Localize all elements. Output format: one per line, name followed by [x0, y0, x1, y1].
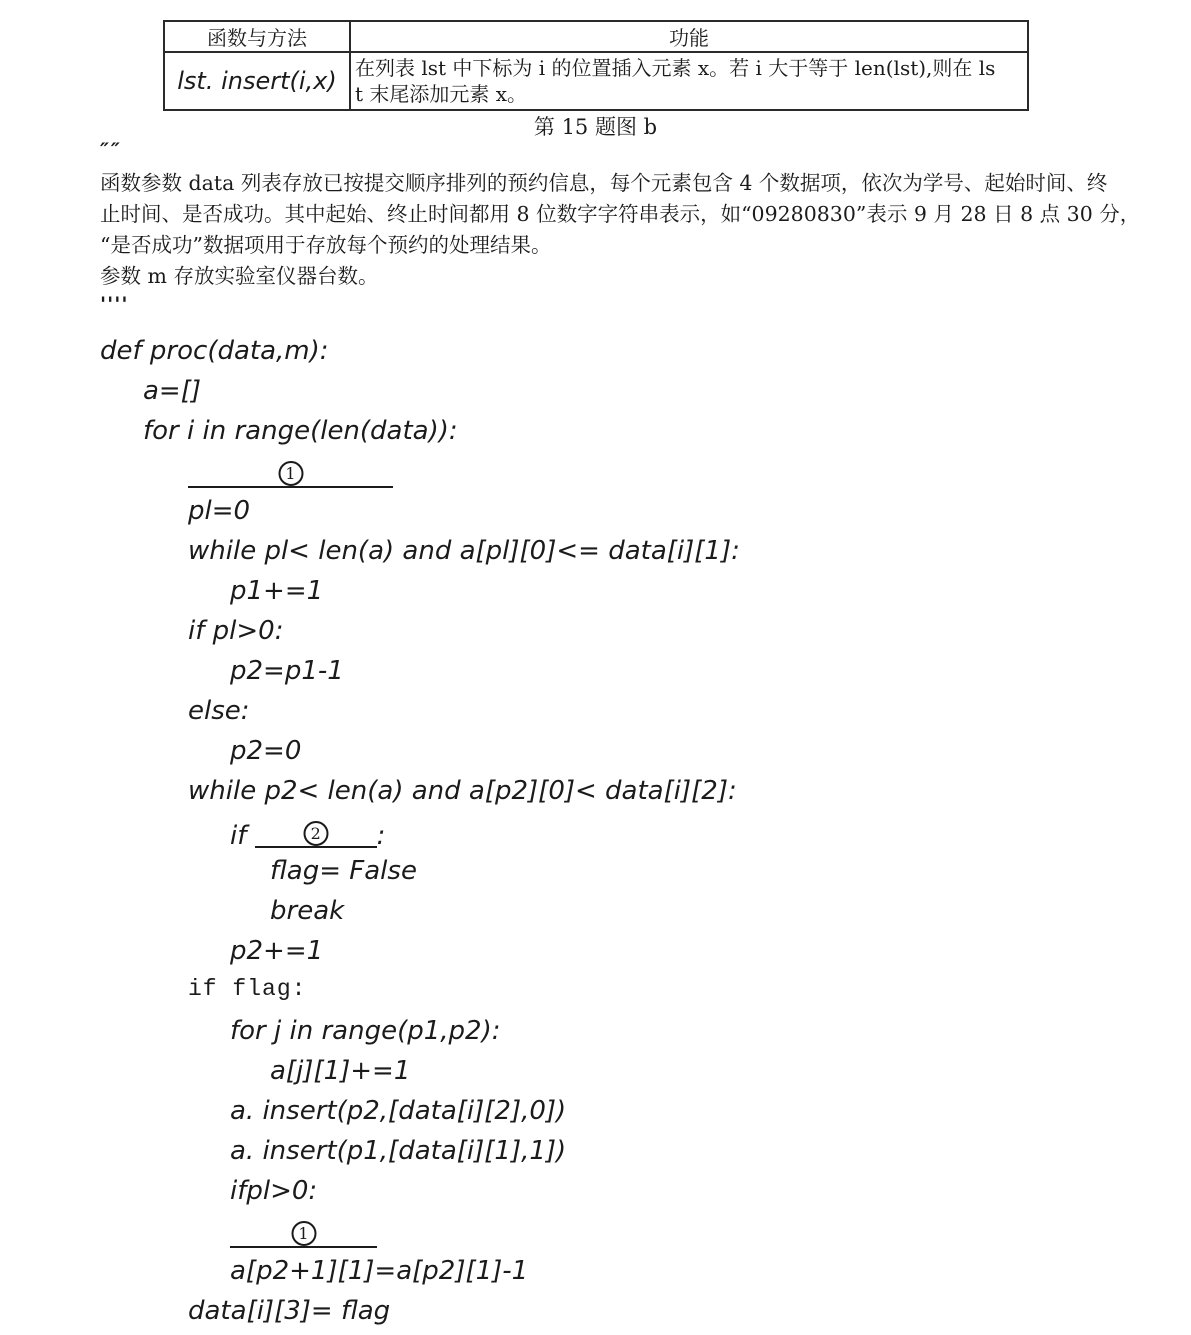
method-table-wrap: 函数与方法 功能 lst. insert(i,x) 在列表 lst 中下标为 i… [163, 20, 1029, 111]
code-line: while p2< len(a) and a[p2][0]< data[i][2… [0, 776, 1191, 816]
code-text: p2=0 [230, 736, 301, 766]
code-text: if flag: [188, 976, 306, 1002]
code-text: pl=0 [188, 496, 250, 526]
code-block: def proc(data,m):a=[]for i in range(len(… [0, 336, 1191, 1335]
code-line: ifpl>0: [0, 1176, 1191, 1216]
code-text: : [377, 821, 386, 851]
code-line: for i in range(len(data)): [0, 416, 1191, 456]
code-line: break [0, 896, 1191, 936]
method-name-cell: lst. insert(i,x) [164, 52, 350, 110]
code-text: a[j][1]+=1 [270, 1056, 410, 1086]
table-header-function: 功能 [350, 21, 1028, 52]
code-text: a=[] [143, 376, 201, 406]
code-text: def proc(data,m): [100, 336, 329, 366]
code-text: for i in range(len(data)): [143, 416, 458, 446]
code-line: flag= False [0, 856, 1191, 896]
docstring-close-quotes: '''' [100, 292, 129, 316]
code-line: else: [0, 696, 1191, 736]
code-line: a[j][1]+=1 [0, 1056, 1191, 1096]
code-line: p1+=1 [0, 576, 1191, 616]
code-line: a=[] [0, 376, 1191, 416]
code-text: p2=p1-1 [230, 656, 344, 686]
code-text: if pl>0: [188, 616, 283, 646]
method-desc-line-2: t 末尾添加元素 x。 [355, 81, 1025, 107]
code-text: ifpl>0: [230, 1176, 317, 1206]
table-header-row: 函数与方法 功能 [164, 21, 1028, 52]
code-text: while p2< len(a) and a[p2][0]< data[i][2… [188, 776, 737, 806]
code-text: a[p2+1][1]=a[p2][1]-1 [230, 1256, 528, 1286]
docstring-open-quotes: ″″ [100, 138, 122, 162]
circled-number: 1 [291, 1221, 316, 1246]
code-text: a. insert(p1,[data[i][1],1]) [230, 1136, 566, 1166]
description-paragraph: 函数参数 data 列表存放已按提交顺序排列的预约信息，每个元素包含 4 个数据… [100, 168, 1191, 292]
code-line: a[p2+1][1]=a[p2][1]-1 [0, 1256, 1191, 1296]
code-text: for j in range(p1,p2): [230, 1016, 500, 1046]
table-row: lst. insert(i,x) 在列表 lst 中下标为 i 的位置插入元素 … [164, 52, 1028, 110]
code-text: if [230, 821, 255, 851]
document-page: { "colors": { "ink": "#1b1b1b", "backgro… [0, 0, 1191, 1335]
description-line-2: 止时间、是否成功。其中起始、终止时间都用 8 位数字字符串表示，如“092808… [100, 199, 1191, 230]
code-text: data[i][3]= flag [188, 1296, 390, 1326]
code-text: while pl< len(a) and a[pl][0]<= data[i][… [188, 536, 740, 566]
code-text: else: [188, 696, 250, 726]
fill-in-blank: 1 [188, 456, 393, 488]
code-text: p2+=1 [230, 936, 323, 966]
code-line: def proc(data,m): [0, 336, 1191, 376]
code-line: if flag: [0, 976, 1191, 1016]
code-line: p2=0 [0, 736, 1191, 776]
description-line-1: 函数参数 data 列表存放已按提交顺序排列的预约信息，每个元素包含 4 个数据… [100, 168, 1191, 199]
code-text: break [270, 896, 344, 926]
code-line: 1 [0, 1216, 1191, 1256]
code-line: if 2: [0, 816, 1191, 856]
description-line-3: “是否成功”数据项用于存放每个预约的处理结果。 [100, 230, 1191, 261]
code-line: pl=0 [0, 496, 1191, 536]
code-text: flag= False [270, 856, 417, 886]
code-line: 1 [0, 456, 1191, 496]
code-line: a. insert(p2,[data[i][2],0]) [0, 1096, 1191, 1136]
code-text: p1+=1 [230, 576, 323, 606]
code-line: a. insert(p1,[data[i][1],1]) [0, 1136, 1191, 1176]
circled-number: 2 [303, 821, 328, 846]
method-desc-line-1: 在列表 lst 中下标为 i 的位置插入元素 x。若 i 大于等于 len(ls… [355, 55, 1025, 81]
circled-number: 1 [278, 461, 303, 486]
code-line: for j in range(p1,p2): [0, 1016, 1191, 1056]
method-table: 函数与方法 功能 lst. insert(i,x) 在列表 lst 中下标为 i… [163, 20, 1029, 111]
figure-caption: 第 15 题图 b [0, 111, 1191, 141]
code-line: p2+=1 [0, 936, 1191, 976]
code-line: data[i][3]= flag [0, 1296, 1191, 1335]
code-line: if pl>0: [0, 616, 1191, 656]
table-header-method: 函数与方法 [164, 21, 350, 52]
method-desc-cell: 在列表 lst 中下标为 i 的位置插入元素 x。若 i 大于等于 len(ls… [350, 52, 1028, 110]
fill-in-blank: 2 [255, 816, 377, 848]
fill-in-blank: 1 [230, 1216, 377, 1248]
code-text: a. insert(p2,[data[i][2],0]) [230, 1096, 566, 1126]
description-line-4: 参数 m 存放实验室仪器台数。 [100, 261, 1191, 292]
code-line: while pl< len(a) and a[pl][0]<= data[i][… [0, 536, 1191, 576]
code-line: p2=p1-1 [0, 656, 1191, 696]
